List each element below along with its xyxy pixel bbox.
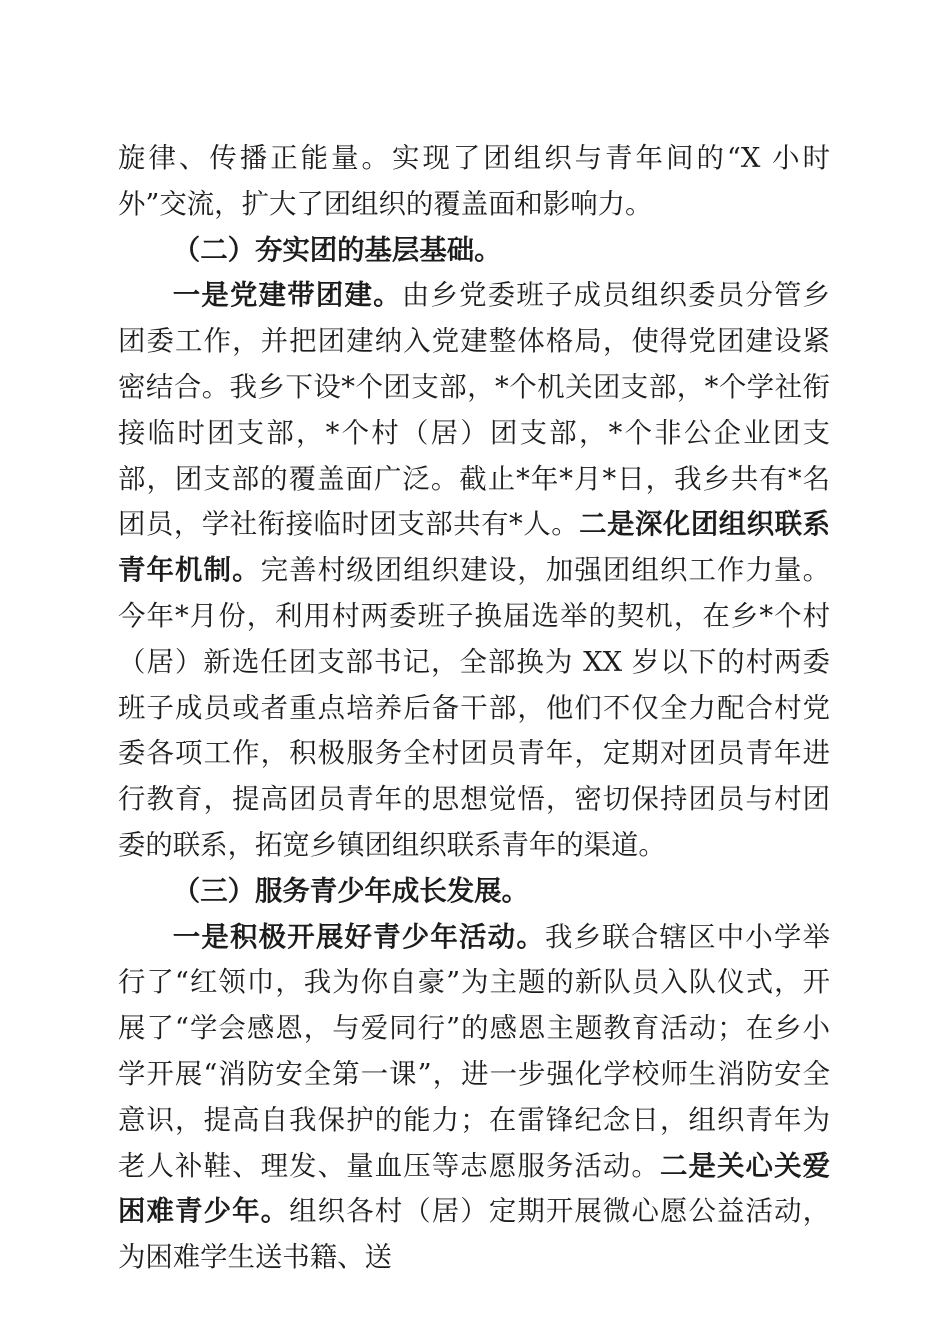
paragraph-party-building-leads-league-building: 一是党建带团建。由乡党委班子成员组织委员分管乡团委工作，并把团建纳入党建整体格局… (118, 273, 830, 868)
emphasized-text-run: 一是党建带团建。 (173, 279, 402, 311)
paragraph-youth-activities-and-care: 一是积极开展好青少年活动。我乡联合辖区中小学举行了“红领巾，我为你自豪”为主题的… (118, 915, 830, 1281)
body-text-run: 由乡党委班子成员组织委员分管乡团委工作，并把团建纳入党建整体格局，使得党团建设紧… (118, 280, 830, 540)
body-text-run: 我乡联合辖区中小学举行了“红领巾，我为你自豪”为主题的新队员入队仪式，开展了“学… (118, 922, 830, 1182)
paragraph-continuation-wechat-outreach: 旋律、传播正能量。实现了团组织与青年间的“X 小时外”交流，扩大了团组织的覆盖面… (118, 136, 830, 228)
document-content[interactable]: 旋律、传播正能量。实现了团组织与青年间的“X 小时外”交流，扩大了团组织的覆盖面… (118, 136, 830, 1281)
emphasized-text-run: （三）服务青少年成长发展。 (173, 875, 529, 907)
emphasized-text-run: 一是积极开展好青少年活动。 (173, 921, 545, 953)
heading-section-3: （三）服务青少年成长发展。 (118, 869, 830, 915)
document-page: 旋律、传播正能量。实现了团组织与青年间的“X 小时外”交流，扩大了团组织的覆盖面… (0, 0, 950, 1344)
heading-section-2: （二）夯实团的基层基础。 (118, 228, 830, 274)
emphasized-text-run: （二）夯实团的基层基础。 (173, 234, 502, 266)
body-text-run: 旋律、传播正能量。实现了团组织与青年间的“X 小时外”交流，扩大了团组织的覆盖面… (118, 143, 830, 220)
body-text-run: 完善村级团组织建设，加强团组织工作力量。今年*月份，利用村两委班子换届选举的契机… (118, 555, 830, 861)
